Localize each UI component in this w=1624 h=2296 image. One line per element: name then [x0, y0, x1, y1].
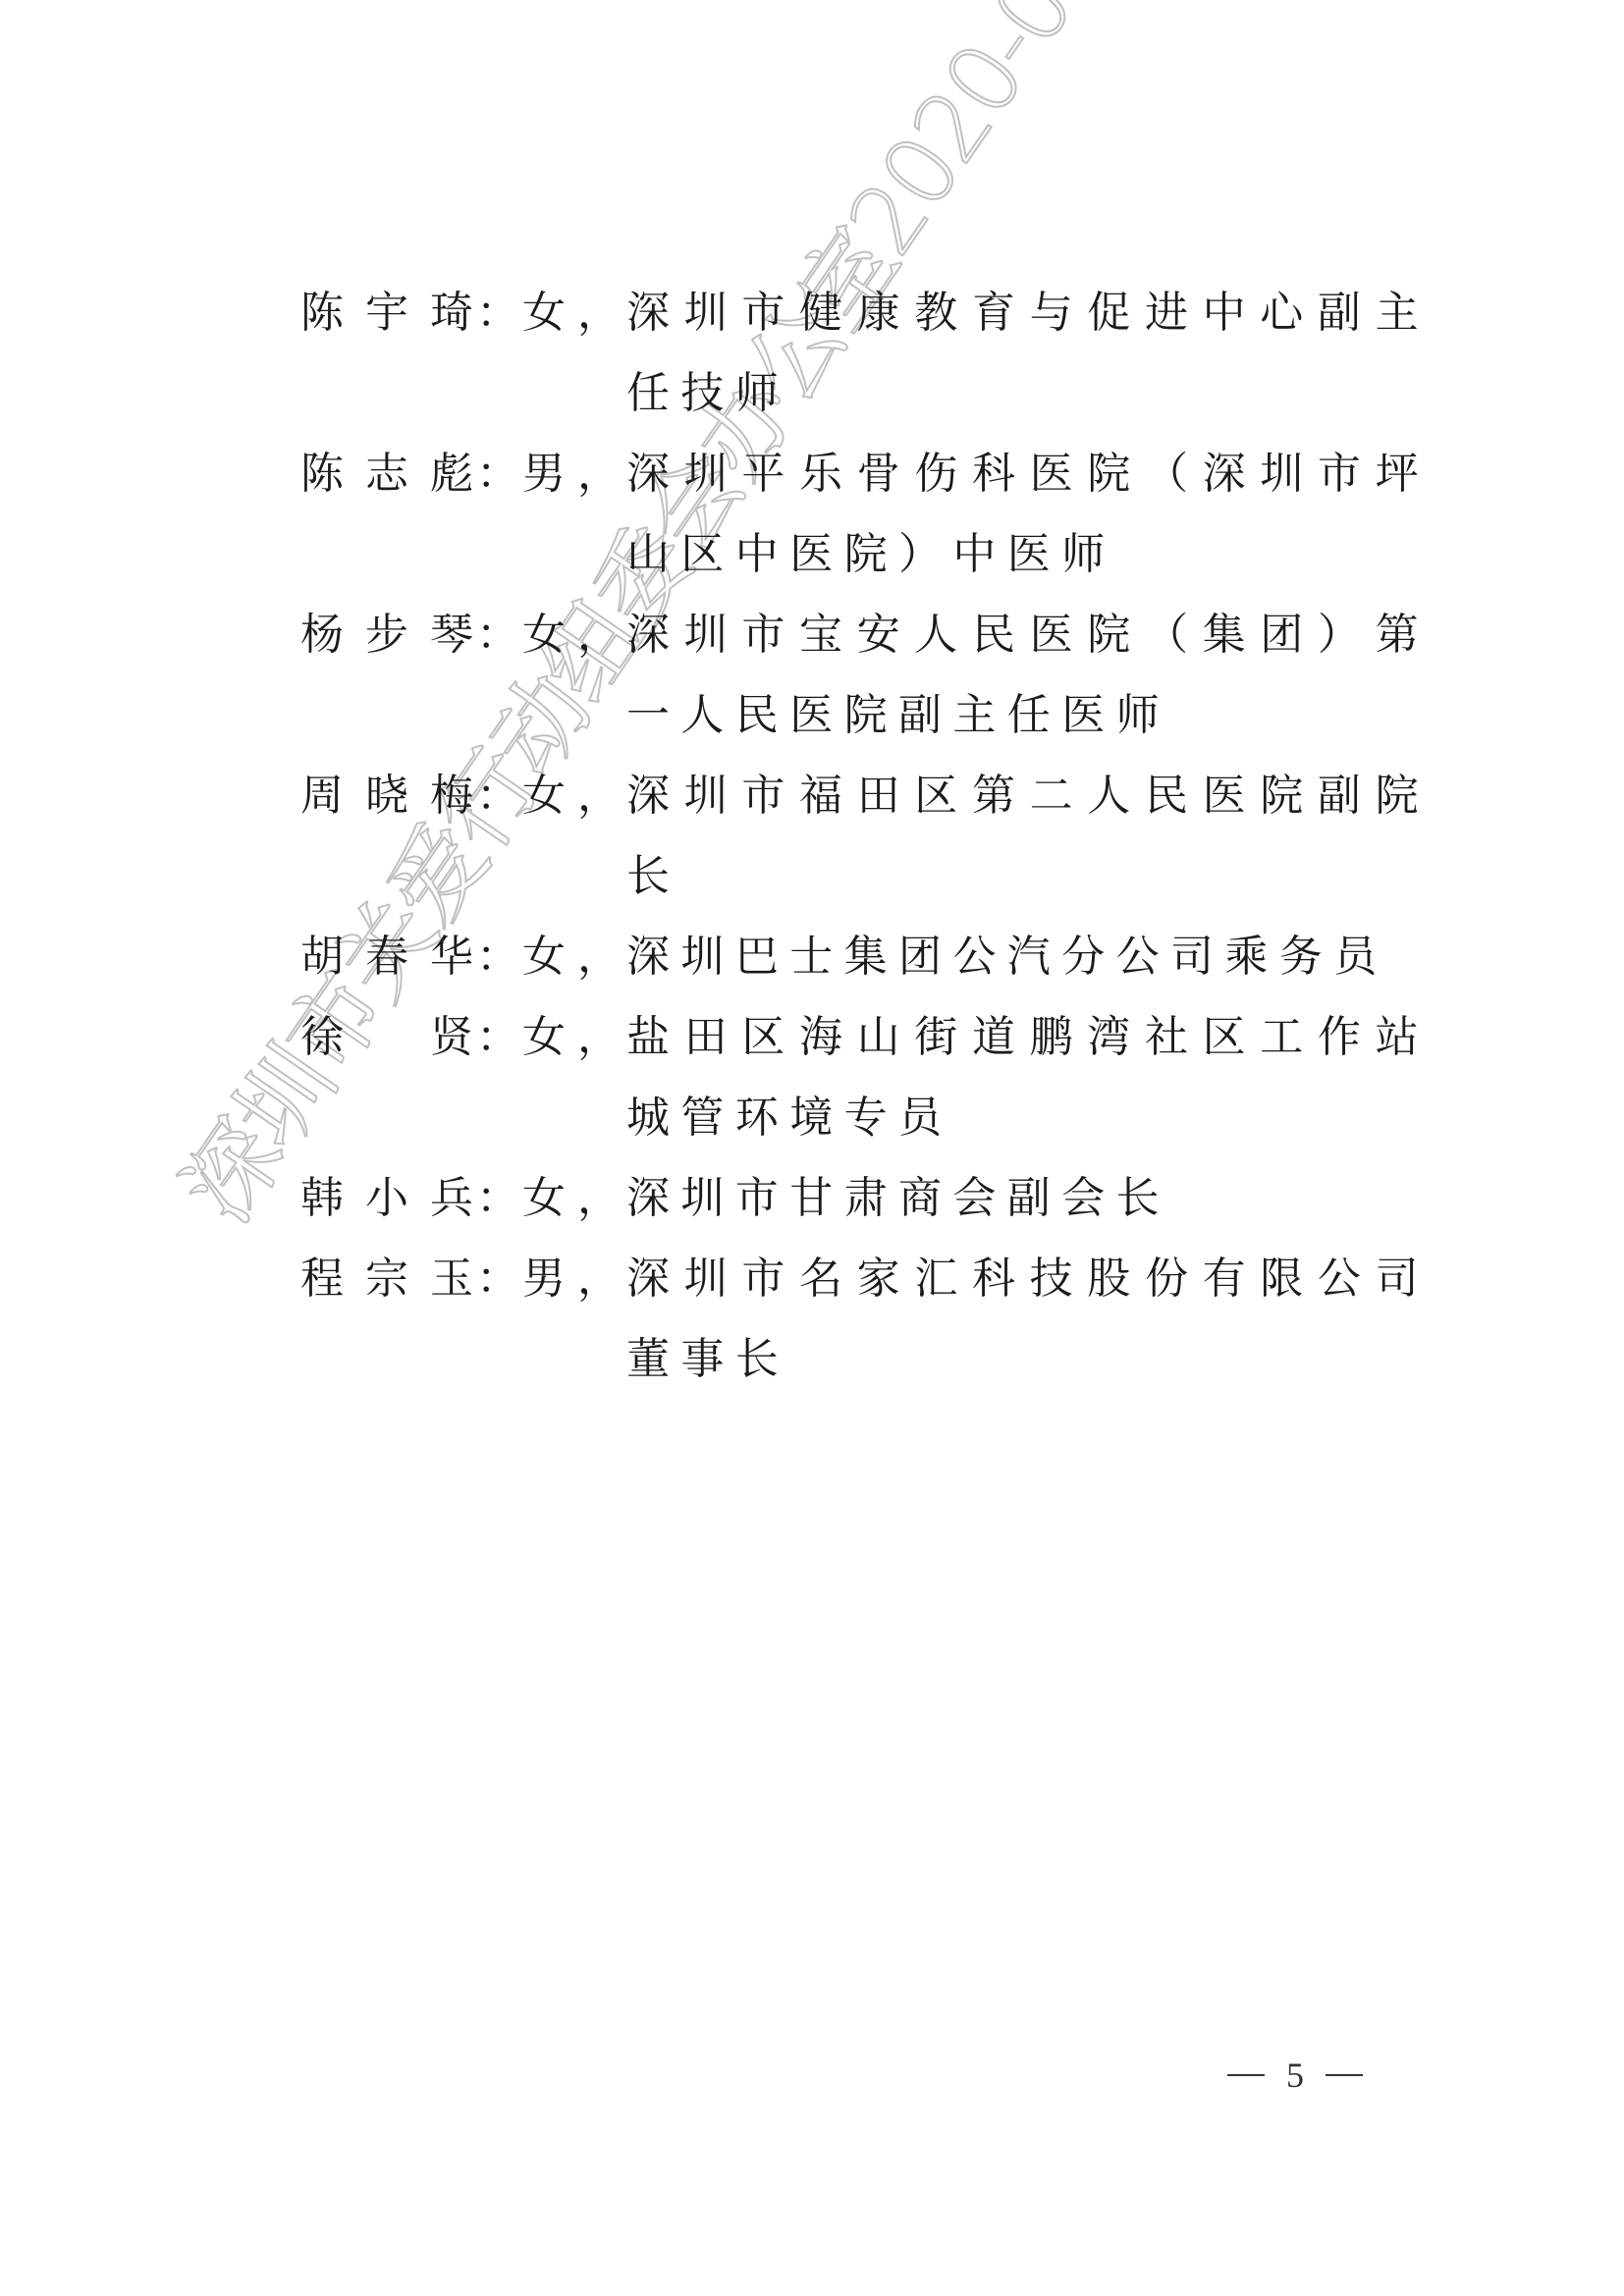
member-name-char: 宇 [365, 273, 408, 353]
member-description: 深圳市甘肃商会副会长 [626, 1158, 1430, 1239]
list-item: 陈志彪 ： 男 ， 深圳平乐骨伤科医院（深圳市坪山区中医院）中医师 [300, 434, 1430, 595]
list-item: 胡春华 ： 女 ， 深圳巴士集团公汽分公司乘务员 [300, 917, 1430, 997]
member-name: 陈宇琦 [300, 273, 473, 353]
member-name: 韩小兵 [300, 1158, 473, 1239]
dash-left [1227, 2074, 1265, 2076]
colon: ： [473, 997, 522, 1078]
list-item: 程宗玉 ： 男 ， 深圳市名家汇科技股份有限公司董事长 [300, 1239, 1430, 1400]
member-description: 深圳市宝安人民医院（集团）第一人民医院副主任医师 [626, 595, 1430, 756]
member-name: 程宗玉 [300, 1239, 473, 1319]
member-name-char: 贤 [430, 997, 473, 1078]
member-name-char: 华 [430, 917, 473, 997]
member-gender: 女 [522, 997, 577, 1078]
page-number: 5 [1227, 2055, 1363, 2096]
member-name-char: 玉 [430, 1239, 473, 1319]
list-item: 杨步琴 ： 女 ， 深圳市宝安人民医院（集团）第一人民医院副主任医师 [300, 595, 1430, 756]
member-description: 深圳市福田区第二人民医院副院长 [626, 756, 1430, 917]
member-name-char: 步 [365, 595, 408, 675]
member-name-char: 陈 [300, 273, 344, 353]
member-list: 陈宇琦 ： 女 ， 深圳市健康教育与促进中心副主任技师 陈志彪 ： 男 ， 深圳… [300, 273, 1430, 1400]
comma: ， [577, 997, 626, 1078]
member-name-char: 程 [300, 1239, 344, 1319]
comma: ， [577, 917, 626, 997]
member-gender: 女 [522, 917, 577, 997]
member-gender: 女 [522, 595, 577, 675]
member-name: 陈志彪 [300, 434, 473, 514]
dash-right [1326, 2074, 1363, 2076]
list-item: 陈宇琦 ： 女 ， 深圳市健康教育与促进中心副主任技师 [300, 273, 1430, 434]
member-name-char: 徐 [300, 997, 344, 1078]
member-name-char: 胡 [300, 917, 344, 997]
member-name-char: 兵 [430, 1158, 473, 1239]
member-name: 胡春华 [300, 917, 473, 997]
member-name-char: 晓 [365, 756, 408, 836]
page-number-value: 5 [1286, 2055, 1304, 2096]
member-gender: 男 [522, 434, 577, 514]
member-name-char: 彪 [430, 434, 473, 514]
colon: ： [473, 1239, 522, 1319]
colon: ： [473, 1158, 522, 1239]
member-description: 深圳巴士集团公汽分公司乘务员 [626, 917, 1430, 997]
member-name-char: 琦 [430, 273, 473, 353]
member-gender: 女 [522, 756, 577, 836]
member-description: 盐田区海山街道鹏湾社区工作站城管环境专员 [626, 997, 1430, 1158]
colon: ： [473, 756, 522, 836]
colon: ： [473, 273, 522, 353]
member-name-char: 杨 [300, 595, 344, 675]
member-name: 杨步琴 [300, 595, 473, 675]
member-name-char: 韩 [300, 1158, 344, 1239]
member-gender: 男 [522, 1239, 577, 1319]
member-name-char: 春 [365, 917, 408, 997]
member-description: 深圳平乐骨伤科医院（深圳市坪山区中医院）中医师 [626, 434, 1430, 595]
colon: ： [473, 917, 522, 997]
member-name-char: 周 [300, 756, 344, 836]
colon: ： [473, 595, 522, 675]
comma: ， [577, 595, 626, 675]
comma: ， [577, 756, 626, 836]
list-item: 周晓梅 ： 女 ， 深圳市福田区第二人民医院副院长 [300, 756, 1430, 917]
colon: ： [473, 434, 522, 514]
member-name-char: 琴 [430, 595, 473, 675]
document-page: 深圳市关爱行动组委会办公室2020-05-28 陈宇琦 ： 女 ， 深圳市健康教… [0, 0, 1624, 2296]
member-name-char: 宗 [365, 1239, 408, 1319]
list-item: 韩小兵 ： 女 ， 深圳市甘肃商会副会长 [300, 1158, 1430, 1239]
member-name-char: 陈 [300, 434, 344, 514]
member-description: 深圳市健康教育与促进中心副主任技师 [626, 273, 1430, 434]
comma: ， [577, 1239, 626, 1319]
member-gender: 女 [522, 273, 577, 353]
member-name-char: 小 [365, 1158, 408, 1239]
member-name: 徐贤 [300, 997, 473, 1078]
member-gender: 女 [522, 1158, 577, 1239]
member-name: 周晓梅 [300, 756, 473, 836]
member-name-char: 梅 [430, 756, 473, 836]
comma: ， [577, 1158, 626, 1239]
comma: ， [577, 273, 626, 353]
member-description: 深圳市名家汇科技股份有限公司董事长 [626, 1239, 1430, 1400]
member-name-char: 志 [365, 434, 408, 514]
comma: ， [577, 434, 626, 514]
list-item: 徐贤 ： 女 ， 盐田区海山街道鹏湾社区工作站城管环境专员 [300, 997, 1430, 1158]
